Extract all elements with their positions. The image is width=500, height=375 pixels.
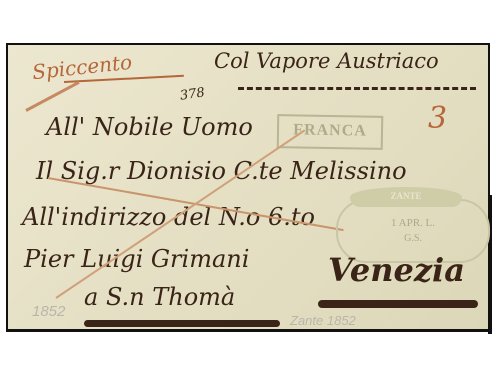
pencil-origin-note: Zante 1852: [290, 313, 356, 328]
address-line-2: Il Sig.r Dionisio C.te Melissino: [36, 157, 407, 185]
pencil-year-note: 1852: [32, 303, 65, 320]
address-line-1: All' Nobile Uomo: [46, 113, 253, 141]
route-dashes: [238, 87, 476, 90]
oval-datestamp-day: G.S.: [338, 233, 488, 244]
rate-number: 378: [179, 85, 206, 103]
destination-city: Venezia: [328, 251, 465, 289]
address-line-5: a S.n Thomà: [84, 283, 235, 311]
red-rate-numeral: 3: [428, 101, 447, 136]
oval-datestamp-crown: ZANTE: [350, 187, 462, 207]
letter-edge-shadow: [488, 195, 492, 334]
folded-letter: Spiccento Col Vapore Austriaco 378 FRANC…: [6, 43, 490, 332]
address-underline: [84, 320, 280, 327]
destination-underline: [318, 300, 478, 308]
route-text: Col Vapore Austriaco: [214, 49, 439, 73]
address-line-4: Pier Luigi Grimani: [24, 245, 249, 273]
oval-datestamp-date: 1 APR. L.: [338, 217, 488, 229]
franca-handstamp: FRANCA: [277, 114, 384, 150]
red-flourish: [25, 81, 79, 112]
